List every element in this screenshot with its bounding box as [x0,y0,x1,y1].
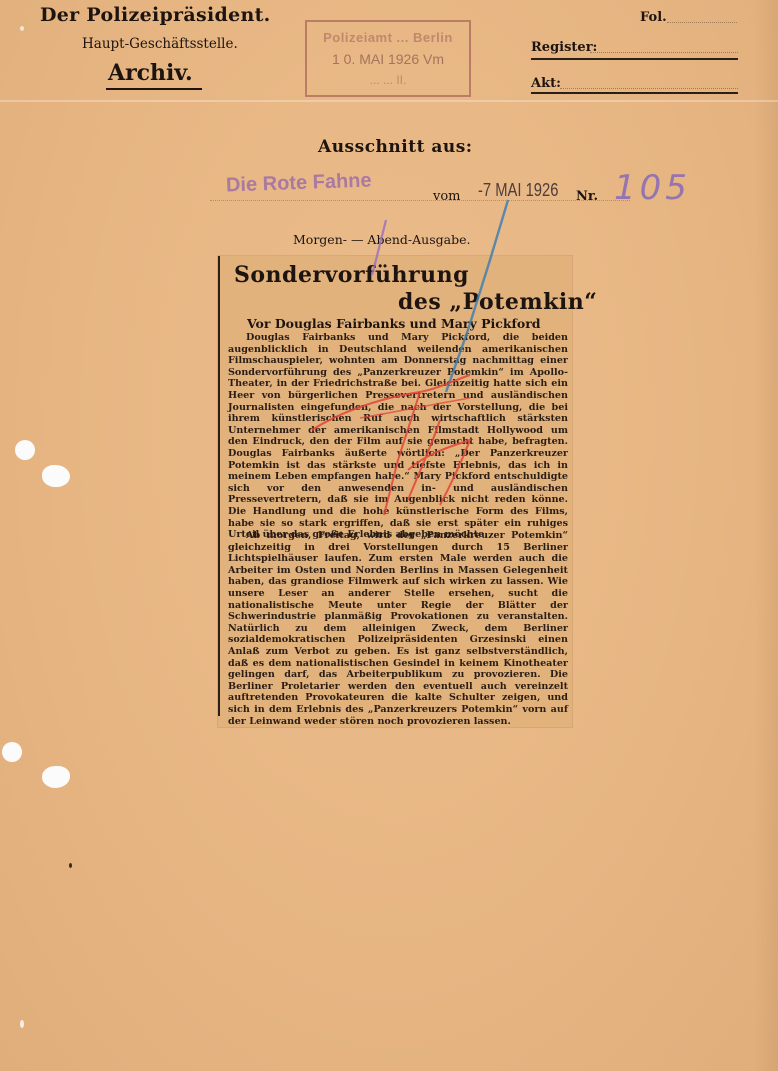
stamp-date: 1 0. MAI 1926 Vm [307,51,469,67]
stamp-line-1: Polizeiamt ... Berlin [307,30,469,45]
article-body-paragraph-1: Douglas Fairbanks und Mary Pickford, die… [228,332,568,541]
paper-fold [0,100,778,102]
punch-hole [42,465,70,487]
akt-field [560,88,738,89]
punch-hole [15,440,35,460]
letterhead-subtitle: Haupt-Geschäftsstelle. [82,36,238,52]
letterhead-department: Archiv. [108,60,193,86]
paper-mark [20,26,24,31]
issue-date-stamp: -7 MAI 1926 [478,180,558,201]
article-body-paragraph-2: Ab morgen, Freitag, wird der „Panzerkreu… [228,530,568,727]
nr-label: Nr. [576,189,598,204]
stamp-line-3: ... ... II. [307,73,469,87]
paragraph-text: Douglas Fairbanks und Mary Pickford, die… [228,332,568,541]
article-subtitle: Vor Douglas Fairbanks und Mary Pickford [247,316,541,331]
paper-tear [20,1020,24,1028]
received-date-stamp: Polizeiamt ... Berlin 1 0. MAI 1926 Vm .… [305,20,471,97]
issue-number-handwritten: 105 [614,168,691,208]
edition-label: Morgen- — Abend-Ausgabe. [293,232,470,247]
paper-speck [69,863,72,868]
fol-field [667,22,737,23]
letterhead-title: Der Polizeipräsident. [40,4,271,26]
paragraph-text: Ab morgen, Freitag, wird der „Panzerkreu… [228,530,568,727]
vom-label: vom [433,189,461,204]
akt-label: Akt: [531,76,561,91]
register-label: Register: [531,40,597,55]
article-title-line-1: Sondervorführung [234,262,469,288]
clipping-column-rule [218,256,220,716]
register-field [590,52,738,53]
source-field-line [210,200,630,201]
fol-label: Fol. [640,10,667,25]
punch-hole [2,742,22,762]
department-underline [106,88,202,90]
page-edge-shadow [754,0,778,1071]
article-title-line-2: des „Potemkin“ [398,289,597,315]
register-rule [531,58,738,60]
clipping-heading: Ausschnitt aus: [318,137,473,157]
akt-rule [531,92,738,94]
